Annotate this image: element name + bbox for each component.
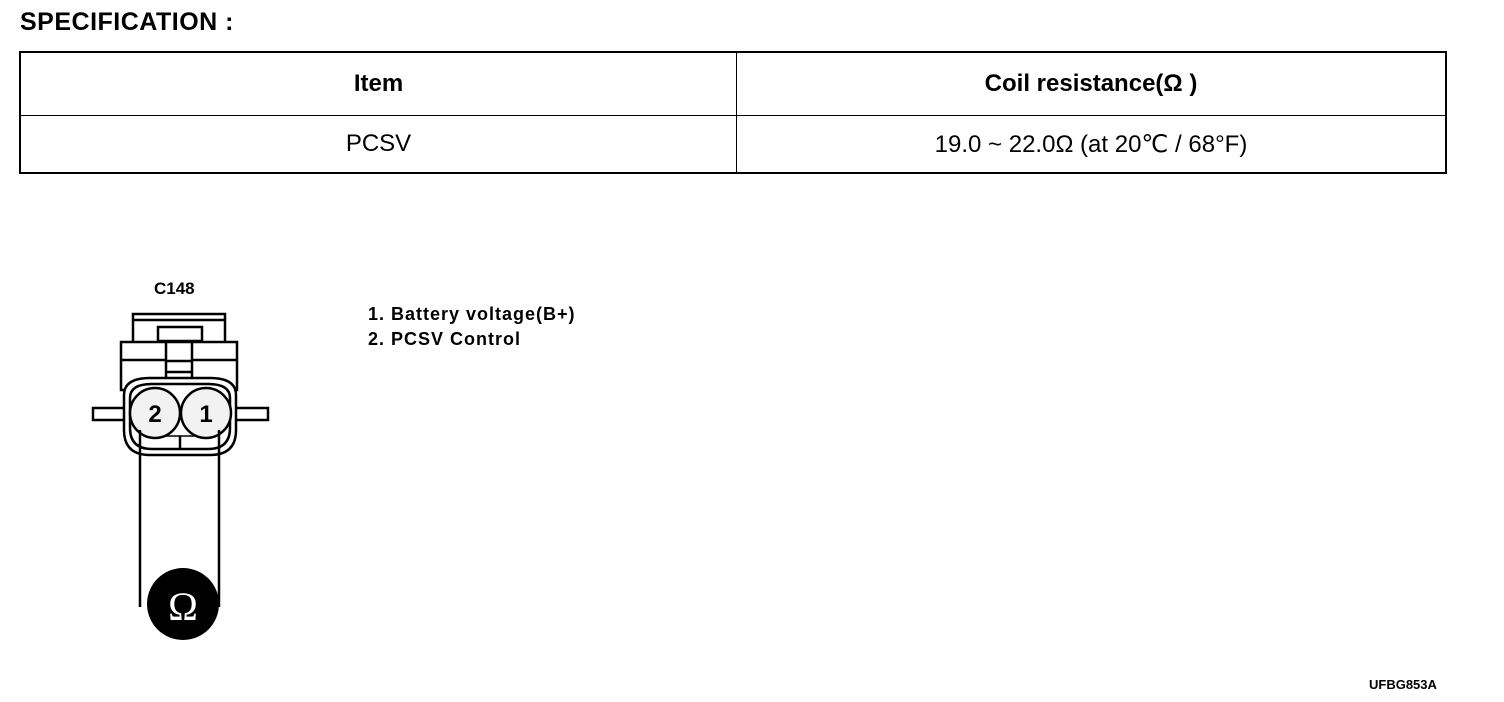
pin-2-label: 2	[148, 401, 161, 428]
ohmmeter-icon: Ω	[147, 568, 219, 640]
figure-code: UFBG853A	[1369, 677, 1437, 692]
pin-1-label: 1	[199, 401, 212, 428]
pin-legend-item: 2. PCSV Control	[368, 327, 576, 352]
pin-legend-item: 1. Battery voltage(B+)	[368, 302, 576, 327]
pin-legend: 1. Battery voltage(B+) 2. PCSV Control	[368, 302, 576, 352]
connector-diagram: 2 1 Ω	[0, 0, 1504, 702]
connector-icon	[93, 314, 268, 607]
svg-text:Ω: Ω	[168, 584, 198, 629]
